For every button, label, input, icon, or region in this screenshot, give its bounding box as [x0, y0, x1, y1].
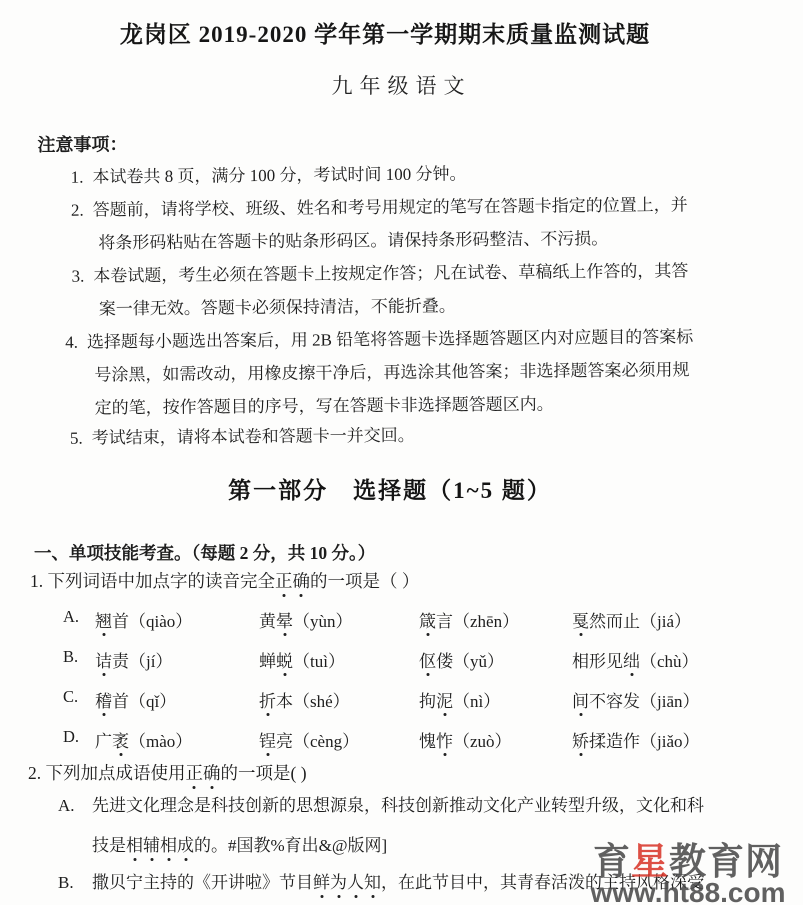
notice-text: 案一律无效。答题卡必须保持清洁，不能折叠。: [99, 296, 456, 318]
notices-heading: 注意事项：: [37, 130, 127, 157]
notice-item-3-line-1: 3.本卷试题，考生必须在答题卡上按规定作答；凡在试卷、草稿纸上作答的，其答: [71, 260, 688, 287]
question-1-stem: 1. 下列词语中加点字的读音完全正确的一项是（ ）: [30, 570, 419, 593]
notice-text: 本试卷共 8 页，满分 100 分，考试时间 100 分钟。: [92, 164, 466, 186]
q1-option-row-C: C. 稽首（qǐ） 折本（shé） 拘泥（nì） 间不容发（jiān）: [63, 687, 803, 717]
notice-number: 3.: [71, 266, 84, 288]
notice-item-1: 1.本试卷共 8 页，满分 100 分，考试时间 100 分钟。: [71, 163, 467, 189]
word: 折本（shé）: [259, 687, 350, 712]
word: 箴言（zhēn）: [419, 607, 519, 632]
word: 诘责（jí）: [95, 647, 172, 672]
q1-option-row-A: A. 翘首（qiào） 黄晕（yùn） 箴言（zhēn） 戛然而止（jiá）: [63, 607, 803, 637]
watermark-brand: 育星教育网: [573, 843, 803, 880]
notice-text: 考试结束，请将本试卷和答题卡一并交回。: [92, 426, 415, 448]
word: 伛偻（yǔ）: [419, 647, 504, 672]
option-label: A.: [63, 607, 79, 627]
watermark-brand-pre: 育: [593, 841, 631, 882]
notice-text: 本卷试题，考生必须在答题卡上按规定作答；凡在试卷、草稿纸上作答的，其答: [93, 261, 688, 285]
watermark-url: www.ht88.com: [573, 880, 803, 905]
word: 戛然而止（jiá）: [572, 607, 691, 632]
notice-item-2-line-2: 将条形码粘贴在答题卡的贴条形码区。请保持条形码整洁、不污损。: [98, 228, 608, 255]
word: 矫揉造作（jiǎo）: [572, 727, 700, 752]
notice-text: 定的笔，按作答题目的序号，写在答题卡非选择题答题区内。: [95, 395, 554, 418]
word: 稽首（qǐ）: [95, 687, 176, 712]
notices-section: 注意事项： 1.本试卷共 8 页，满分 100 分，考试时间 100 分钟。 2…: [0, 0, 803, 460]
watermark-brand-post: 教育网: [669, 841, 783, 882]
option-label: C.: [63, 687, 78, 707]
word: 锃亮（cèng）: [259, 727, 359, 752]
word: 间不容发（jiān）: [572, 687, 700, 712]
notice-item-2-line-1: 2.答题前，请将学校、班级、姓名和考号用规定的笔写在答题卡指定的位置上，并: [71, 194, 688, 221]
exam-paper-page: 龙岗区 2019-2020 学年第一学期期末质量监测试题 九年级语文 注意事项：…: [0, 0, 803, 905]
notice-item-4-line-3: 定的笔，按作答题目的序号，写在答题卡非选择题答题区内。: [95, 394, 554, 420]
notice-number: 2.: [71, 200, 84, 222]
word: 黄晕（yùn）: [259, 607, 353, 632]
question-2-stem: 2. 下列加点成语使用正确的一项是( ): [28, 762, 307, 785]
notice-number: 4.: [65, 332, 78, 354]
part1-heading: 第一部分 选择题（1~5 题）: [0, 472, 780, 505]
notice-text: 号涂黑，如需改动，用橡皮擦干净后，再选涂其他答案；非选择题答案必须用规: [94, 360, 689, 384]
section1-heading: 一、单项技能考查。（每题 2 分，共 10 分。）: [34, 540, 375, 565]
notice-text: 将条形码粘贴在答题卡的贴条形码区。请保持条形码整洁、不污损。: [98, 229, 608, 252]
q1-option-row-B: B. 诘责（jí） 蝉蜕（tuì） 伛偻（yǔ） 相形见绌（chù）: [63, 647, 803, 677]
notice-number: 5.: [70, 428, 83, 450]
word: 愧怍（zuò）: [419, 727, 512, 752]
q2-option-A-label: A.: [58, 795, 75, 817]
word: 广袤（mào）: [95, 727, 192, 752]
notice-text: 选择题每小题选出答案后，用 2B 铅笔将答题卡选择题答题区内对应题目的答案标: [87, 327, 693, 351]
watermark-brand-red: 星: [631, 841, 669, 882]
word: 相形见绌（chù）: [572, 647, 699, 672]
q2-option-B-label: B.: [58, 872, 74, 894]
site-watermark: 育星教育网 www.ht88.com: [573, 843, 803, 905]
notice-item-3-line-2: 案一律无效。答题卡必须保持清洁，不能折叠。: [99, 295, 456, 320]
notice-item-4-line-2: 号涂黑，如需改动，用橡皮擦干净后，再选涂其他答案；非选择题答案必须用规: [94, 359, 689, 386]
word: 蝉蜕（tuì）: [259, 647, 345, 672]
q1-option-row-D: D. 广袤（mào） 锃亮（cèng） 愧怍（zuò） 矫揉造作（jiǎo）: [63, 727, 803, 757]
q2-option-A-line-2: 技是相辅相成的。#国教%育出&@版网]: [92, 835, 387, 857]
option-label: B.: [63, 647, 78, 667]
word: 拘泥（nì）: [419, 687, 500, 712]
notice-item-4-line-1: 4.选择题每小题选出答案后，用 2B 铅笔将答题卡选择题答题区内对应题目的答案标: [65, 326, 693, 354]
notice-number: 1.: [71, 167, 84, 189]
word: 翘首（qiào）: [95, 607, 192, 632]
option-label: D.: [63, 727, 79, 747]
notice-item-5: 5.考试结束，请将本试卷和答题卡一并交回。: [70, 425, 415, 450]
notice-text: 答题前，请将学校、班级、姓名和考号用规定的笔写在答题卡指定的位置上，并: [93, 195, 688, 219]
q2-option-A-line-1: 先进文化理念是科技创新的思想源泉，科技创新推动文化产业转型升级，文化和科: [92, 795, 704, 817]
